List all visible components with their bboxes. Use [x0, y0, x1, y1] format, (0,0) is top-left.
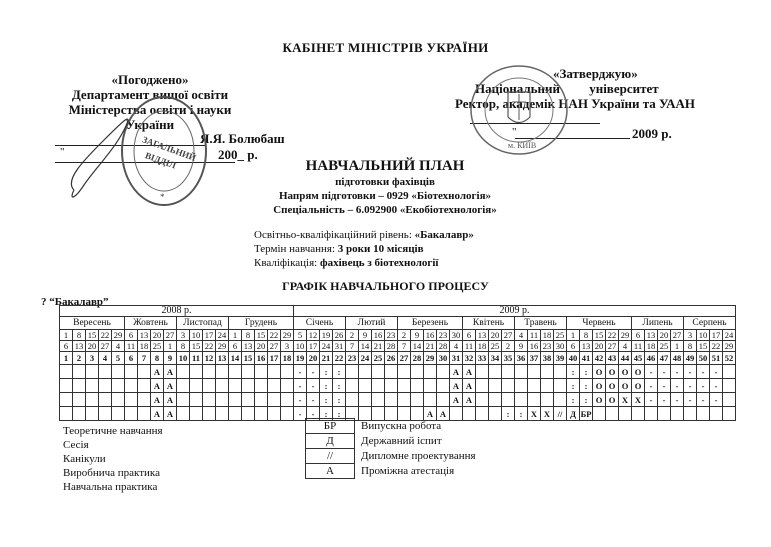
- week-number: 11: [190, 352, 203, 365]
- schedule-cell: [398, 365, 411, 379]
- schedule-cell: [255, 407, 268, 421]
- week-number: 33: [476, 352, 489, 365]
- week-number: 5: [112, 352, 125, 365]
- week-start-date: 20: [658, 330, 671, 341]
- level-value: «Бакалавр»: [415, 229, 474, 241]
- schedule-cell: [489, 407, 502, 421]
- week-start-date: 16: [424, 330, 437, 341]
- schedule-cell: [723, 379, 736, 393]
- week-start-date: 13: [138, 330, 151, 341]
- schedule-cell: [281, 407, 294, 421]
- schedule-cell: -: [294, 393, 307, 407]
- week-start-date: 6: [125, 330, 138, 341]
- schedule-cell: [138, 379, 151, 393]
- schedule-cell: [281, 379, 294, 393]
- schedule-cell: //: [554, 407, 567, 421]
- schedule-cell: :: [333, 393, 346, 407]
- week-start-date: 27: [164, 330, 177, 341]
- week-end-date: 13: [242, 341, 255, 352]
- year-row: 2008 р.2009 р.: [60, 306, 736, 317]
- schedule-cell: -: [697, 365, 710, 379]
- schedule-cell: [190, 393, 203, 407]
- schedule-cell: [346, 379, 359, 393]
- schedule-cell: [112, 365, 125, 379]
- plan-title-block: НАВЧАЛЬНИЙ ПЛАН підготовки фахівців Напр…: [180, 157, 590, 217]
- plan-specialty: Спеціальність – 6.092900 «Екобіотехнолог…: [180, 203, 590, 217]
- schedule-cell: [229, 407, 242, 421]
- week-number: 32: [463, 352, 476, 365]
- schedule-cell: -: [307, 365, 320, 379]
- week-end-date: 29: [216, 341, 229, 352]
- week-number: 25: [372, 352, 385, 365]
- week-end-date: 3: [281, 341, 294, 352]
- schedule-cell: О: [632, 379, 645, 393]
- week-end-date: 2: [502, 341, 515, 352]
- schedule-cell: -: [307, 393, 320, 407]
- week-start-date: 19: [320, 330, 333, 341]
- week-end-date: 13: [580, 341, 593, 352]
- week-end-date: 16: [528, 341, 541, 352]
- schedule-cell: -: [658, 393, 671, 407]
- schedule-cell: [385, 365, 398, 379]
- schedule-cell: [112, 407, 125, 421]
- legend-desc: Державний іспит: [355, 434, 478, 449]
- schedule-cell: :: [580, 393, 593, 407]
- term-label: Термін навчання:: [254, 243, 338, 255]
- week-end-date: 1: [164, 341, 177, 352]
- week-start-date: 1: [229, 330, 242, 341]
- week-start-row: 1815222961320273101724181522295121926291…: [60, 330, 736, 341]
- schedule-cell: А: [164, 393, 177, 407]
- week-number: 38: [541, 352, 554, 365]
- schedule-cell: [125, 407, 138, 421]
- week-number: 43: [606, 352, 619, 365]
- week-number: 17: [268, 352, 281, 365]
- schedule-cell: Х: [541, 407, 554, 421]
- schedule-cell: [372, 393, 385, 407]
- legend-desc: Випускна робота: [355, 419, 478, 434]
- schedule-cell: [359, 379, 372, 393]
- week-number: 10: [177, 352, 190, 365]
- schedule-cell: [242, 379, 255, 393]
- week-end-date: 15: [697, 341, 710, 352]
- schedule-cell: А: [151, 407, 164, 421]
- agreed-signatory: Я.Я. Болюбаш: [200, 131, 285, 147]
- schedule-cell: [476, 365, 489, 379]
- schedule-cell: [398, 393, 411, 407]
- week-number: 50: [697, 352, 710, 365]
- schedule-cell: :: [580, 365, 593, 379]
- week-end-date: 11: [632, 341, 645, 352]
- week-number: 19: [294, 352, 307, 365]
- week-number: 26: [385, 352, 398, 365]
- week-number: 46: [645, 352, 658, 365]
- qualification-label: Кваліфікація:: [254, 257, 320, 269]
- schedule-cell: А: [164, 407, 177, 421]
- schedule-cell: :: [320, 365, 333, 379]
- schedule-cell: [411, 393, 424, 407]
- academic-schedule-table: 2008 р.2009 р.ВересеньЖовтеньЛистопадГру…: [59, 305, 736, 421]
- week-end-date: 21: [372, 341, 385, 352]
- week-start-date: 22: [268, 330, 281, 341]
- week-end-date: 8: [177, 341, 190, 352]
- week-end-date: 27: [99, 341, 112, 352]
- month-row: ВересеньЖовтеньЛистопадГруденьСіченьЛюти…: [60, 317, 736, 330]
- schedule-cell: [177, 365, 190, 379]
- schedule-cell: [203, 407, 216, 421]
- course-row: АА--::АА::ООХХ------: [60, 393, 736, 407]
- schedule-cell: :: [320, 393, 333, 407]
- schedule-cell: [242, 393, 255, 407]
- schedule-cell: [502, 393, 515, 407]
- schedule-cell: [554, 379, 567, 393]
- schedule-cell: [125, 379, 138, 393]
- legend-code: БР: [306, 419, 355, 434]
- month-header: Червень: [567, 317, 632, 330]
- year-header: 2009 р.: [294, 306, 736, 317]
- schedule-cell: А: [164, 365, 177, 379]
- week-start-date: 3: [684, 330, 697, 341]
- schedule-cell: [281, 393, 294, 407]
- week-number: 35: [502, 352, 515, 365]
- week-number: 40: [567, 352, 580, 365]
- week-start-date: 27: [671, 330, 684, 341]
- week-start-date: 8: [242, 330, 255, 341]
- schedule-cell: [112, 393, 125, 407]
- signature-scribble-icon: [64, 110, 144, 200]
- plan-direction: Напрям підготовки – 0929 «Біотехнологія»: [180, 189, 590, 203]
- week-end-date: 6: [229, 341, 242, 352]
- year-header: 2008 р.: [60, 306, 294, 317]
- month-header: Лютий: [346, 317, 398, 330]
- week-start-date: 11: [528, 330, 541, 341]
- schedule-cell: [190, 407, 203, 421]
- schedule-cell: А: [151, 365, 164, 379]
- schedule-cell: А: [164, 379, 177, 393]
- schedule-cell: -: [710, 365, 723, 379]
- schedule-cell: [229, 393, 242, 407]
- week-start-date: 23: [437, 330, 450, 341]
- schedule-cell: :: [567, 393, 580, 407]
- organization-heading: КАБІНЕТ МІНІСТРІВ УКРАЇНИ: [0, 40, 771, 56]
- schedule-cell: [73, 407, 86, 421]
- week-end-date: 27: [606, 341, 619, 352]
- schedule-cell: [60, 365, 73, 379]
- schedule-cell: [203, 365, 216, 379]
- week-number: 7: [138, 352, 151, 365]
- schedule-cell: -: [645, 393, 658, 407]
- legend-code: Д: [306, 434, 355, 449]
- legend-row: //Дипломне проектування: [306, 449, 478, 464]
- schedule-cell: [554, 393, 567, 407]
- week-end-date: 9: [515, 341, 528, 352]
- schedule-cell: [359, 365, 372, 379]
- legend-right: БРВипускна робота ДДержавний іспит //Дип…: [305, 418, 478, 479]
- schedule-cell: А: [463, 379, 476, 393]
- week-start-date: 10: [697, 330, 710, 341]
- week-number: 12: [203, 352, 216, 365]
- schedule-cell: [372, 365, 385, 379]
- week-end-date: 30: [554, 341, 567, 352]
- schedule-cell: О: [632, 365, 645, 379]
- schedule-cell: -: [658, 379, 671, 393]
- schedule-cell: Д: [567, 407, 580, 421]
- month-header: Вересень: [60, 317, 125, 330]
- schedule-cell: [346, 365, 359, 379]
- month-header: Липень: [632, 317, 684, 330]
- schedule-cell: [268, 407, 281, 421]
- schedule-cell: [255, 365, 268, 379]
- week-end-date: 28: [437, 341, 450, 352]
- schedule-cell: [73, 393, 86, 407]
- week-start-date: 5: [294, 330, 307, 341]
- week-start-date: 2: [346, 330, 359, 341]
- month-header: Березень: [398, 317, 463, 330]
- schedule-cell: -: [294, 379, 307, 393]
- week-number: 27: [398, 352, 411, 365]
- week-number: 13: [216, 352, 229, 365]
- schedule-cell: [723, 365, 736, 379]
- week-end-date: 15: [190, 341, 203, 352]
- week-end-date: 31: [333, 341, 346, 352]
- schedule-cell: О: [619, 379, 632, 393]
- week-start-date: 20: [489, 330, 502, 341]
- week-end-date: 18: [645, 341, 658, 352]
- week-end-date: 4: [619, 341, 632, 352]
- schedule-cell: [99, 393, 112, 407]
- schedule-cell: [424, 365, 437, 379]
- week-end-date: 21: [424, 341, 437, 352]
- week-number: 4: [99, 352, 112, 365]
- week-end-date: 24: [320, 341, 333, 352]
- month-header: Січень: [294, 317, 346, 330]
- schedule-cell: [697, 407, 710, 421]
- week-number: 20: [307, 352, 320, 365]
- week-number: 16: [255, 352, 268, 365]
- schedule-cell: :: [567, 379, 580, 393]
- schedule-cell: [476, 393, 489, 407]
- week-end-date: 4: [450, 341, 463, 352]
- schedule-cell: [515, 393, 528, 407]
- schedule-cell: [359, 393, 372, 407]
- schedule-cell: О: [619, 365, 632, 379]
- schedule-cell: О: [606, 393, 619, 407]
- week-start-date: 13: [645, 330, 658, 341]
- schedule-cell: А: [450, 365, 463, 379]
- schedule-cell: [86, 393, 99, 407]
- week-number: 23: [346, 352, 359, 365]
- schedule-cell: [528, 393, 541, 407]
- week-start-date: 29: [281, 330, 294, 341]
- schedule-cell: [73, 365, 86, 379]
- week-start-date: 12: [307, 330, 320, 341]
- legend-code: //: [306, 449, 355, 464]
- week-number: 1: [60, 352, 73, 365]
- week-start-date: 15: [593, 330, 606, 341]
- schedule-cell: [437, 365, 450, 379]
- schedule-cell: [476, 379, 489, 393]
- legend-code: А: [306, 464, 355, 479]
- schedule-cell: БР: [580, 407, 593, 421]
- schedule-cell: [554, 365, 567, 379]
- schedule-cell: [723, 407, 736, 421]
- legend-holidays: Канікули: [63, 452, 163, 466]
- week-end-date: 1: [671, 341, 684, 352]
- schedule-cell: [593, 407, 606, 421]
- legend-session: Сесія: [63, 438, 163, 452]
- week-start-date: 15: [86, 330, 99, 341]
- week-end-date: 25: [151, 341, 164, 352]
- week-number: 36: [515, 352, 528, 365]
- schedule-cell: [268, 379, 281, 393]
- schedule-cell: [60, 379, 73, 393]
- schedule-cell: -: [645, 365, 658, 379]
- schedule-cell: [281, 365, 294, 379]
- schedule-cell: О: [593, 379, 606, 393]
- course-row: АА--::АА::ОООО------: [60, 365, 736, 379]
- schedule-cell: [138, 365, 151, 379]
- schedule-cell: О: [593, 393, 606, 407]
- week-number: 41: [580, 352, 593, 365]
- week-number: 15: [242, 352, 255, 365]
- week-start-date: 8: [73, 330, 86, 341]
- schedule-cell: [73, 379, 86, 393]
- week-start-date: 18: [541, 330, 554, 341]
- week-start-date: 9: [411, 330, 424, 341]
- schedule-cell: [268, 393, 281, 407]
- month-header: Грудень: [229, 317, 294, 330]
- plan-subtitle: підготовки фахівців: [180, 175, 590, 189]
- schedule-cell: [489, 365, 502, 379]
- week-number: 9: [164, 352, 177, 365]
- week-number: 29: [424, 352, 437, 365]
- week-start-date: 26: [333, 330, 346, 341]
- schedule-cell: Х: [528, 407, 541, 421]
- month-header: Травень: [515, 317, 567, 330]
- schedule-cell: [125, 393, 138, 407]
- legend-left: Теоретичне навчання Сесія Канікули Вироб…: [63, 424, 163, 494]
- week-number: 47: [658, 352, 671, 365]
- schedule-cell: -: [684, 393, 697, 407]
- week-end-date: 25: [489, 341, 502, 352]
- course-row: АА--::АА::ОООО------: [60, 379, 736, 393]
- schedule-cell: [177, 379, 190, 393]
- week-end-date: 25: [658, 341, 671, 352]
- week-start-date: 24: [723, 330, 736, 341]
- schedule-cell: О: [593, 365, 606, 379]
- schedule-cell: [658, 407, 671, 421]
- week-end-date: 20: [86, 341, 99, 352]
- schedule-cell: -: [294, 365, 307, 379]
- schedule-cell: [385, 379, 398, 393]
- schedule-cell: :: [320, 379, 333, 393]
- svg-text:*: *: [160, 192, 165, 202]
- week-number: 49: [684, 352, 697, 365]
- schedule-cell: [138, 393, 151, 407]
- week-end-date: 28: [385, 341, 398, 352]
- week-end-date: 22: [710, 341, 723, 352]
- week-number: 52: [723, 352, 736, 365]
- schedule-cell: :: [333, 379, 346, 393]
- schedule-cell: [229, 379, 242, 393]
- month-header: Квітень: [463, 317, 515, 330]
- week-end-row: 6132027411182518152229613202731017243171…: [60, 341, 736, 352]
- schedule-cell: -: [684, 365, 697, 379]
- week-end-date: 18: [476, 341, 489, 352]
- legend-desc: Проміжна атестація: [355, 464, 478, 479]
- week-start-date: 22: [99, 330, 112, 341]
- schedule-cell: [177, 393, 190, 407]
- week-number: 42: [593, 352, 606, 365]
- schedule-cell: [671, 407, 684, 421]
- week-number: 39: [554, 352, 567, 365]
- schedule-cell: [424, 393, 437, 407]
- week-end-date: 27: [268, 341, 281, 352]
- schedule-cell: [528, 365, 541, 379]
- week-end-date: 14: [411, 341, 424, 352]
- schedule-cell: [203, 379, 216, 393]
- week-start-date: 22: [606, 330, 619, 341]
- week-end-date: 4: [112, 341, 125, 352]
- schedule-cell: [606, 407, 619, 421]
- week-end-date: 10: [294, 341, 307, 352]
- week-start-date: 6: [632, 330, 645, 341]
- schedule-cell: [216, 365, 229, 379]
- week-number: 44: [619, 352, 632, 365]
- schedule-cell: [645, 407, 658, 421]
- qualification-value: фахівець з біотехнології: [320, 257, 439, 269]
- schedule-cell: [515, 379, 528, 393]
- week-number: 28: [411, 352, 424, 365]
- week-number: 45: [632, 352, 645, 365]
- week-end-date: 18: [138, 341, 151, 352]
- schedule-cell: :: [515, 407, 528, 421]
- week-start-date: 1: [567, 330, 580, 341]
- week-start-date: 17: [710, 330, 723, 341]
- schedule-cell: А: [450, 379, 463, 393]
- schedule-cell: [437, 393, 450, 407]
- week-end-date: 14: [359, 341, 372, 352]
- schedule-cell: [86, 379, 99, 393]
- schedule-cell: -: [710, 379, 723, 393]
- schedule-cell: [411, 379, 424, 393]
- schedule-cell: [541, 379, 554, 393]
- week-start-date: 25: [554, 330, 567, 341]
- schedule-cell: О: [606, 365, 619, 379]
- schedule-cell: [177, 407, 190, 421]
- schedule-cell: [203, 393, 216, 407]
- schedule-cell: -: [307, 379, 320, 393]
- week-number: 3: [86, 352, 99, 365]
- week-start-date: 20: [151, 330, 164, 341]
- week-end-date: 29: [723, 341, 736, 352]
- schedule-cell: О: [606, 379, 619, 393]
- week-start-date: 9: [359, 330, 372, 341]
- week-start-date: 3: [177, 330, 190, 341]
- schedule-cell: А: [151, 379, 164, 393]
- schedule-title: ГРАФІК НАВЧАЛЬНОГО ПРОЦЕСУ: [0, 279, 771, 294]
- week-end-date: 13: [73, 341, 86, 352]
- week-start-date: 24: [216, 330, 229, 341]
- month-header: Листопад: [177, 317, 229, 330]
- week-number: 30: [437, 352, 450, 365]
- week-number: 51: [710, 352, 723, 365]
- schedule-cell: [489, 379, 502, 393]
- schedule-cell: [229, 365, 242, 379]
- legend-theory: Теоретичне навчання: [63, 424, 163, 438]
- schedule-cell: -: [645, 379, 658, 393]
- legend-row: АПроміжна атестація: [306, 464, 478, 479]
